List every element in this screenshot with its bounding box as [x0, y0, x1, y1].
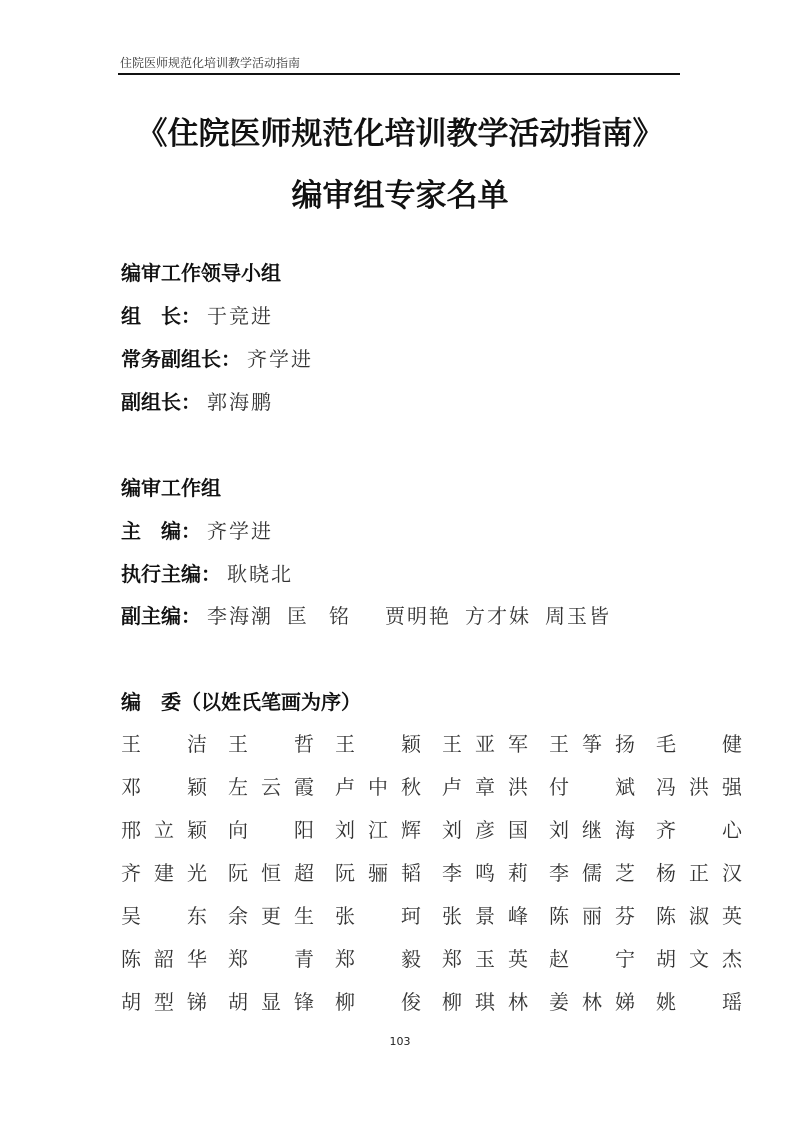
role-line-chief-editor: 主 编： 齐学进	[121, 515, 273, 544]
committee-member-name: 冯洪强	[656, 771, 763, 800]
committee-row: 陈韶华郑青郑毅郑玉英赵宁胡文杰	[121, 943, 763, 972]
deputy-editor-name: 周玉皆	[545, 600, 611, 629]
running-header: 住院医师规范化培训教学活动指南	[120, 54, 300, 71]
committee-member-name: 刘继海	[549, 814, 656, 843]
deputy-editor-list: 李海潮 匡铭 贾明艳 方才妹 周玉皆	[207, 600, 625, 629]
committee-member-name: 王哲	[228, 728, 335, 757]
section-heading-leadership: 编审工作领导小组	[121, 257, 281, 286]
role-value: 郭海鹏	[207, 386, 273, 415]
deputy-editor-name: 方才妹	[465, 600, 531, 629]
role-line-deputy: 副组长： 郭海鹏	[121, 386, 273, 415]
committee-member-name: 王洁	[121, 728, 228, 757]
deputy-editor-name: 贾明艳	[385, 600, 451, 629]
committee-member-name: 柳琪林	[442, 986, 549, 1015]
role-line-leader: 组 长： 于竞进	[121, 300, 273, 329]
committee-member-name: 胡显锋	[228, 986, 335, 1015]
committee-member-name: 齐建光	[121, 857, 228, 886]
role-label: 副组长：	[121, 386, 201, 415]
committee-member-name: 阮骊韬	[335, 857, 442, 886]
role-line-deputy-editors: 副主编： 李海潮 匡铭 贾明艳 方才妹 周玉皆	[121, 600, 625, 629]
section-heading-working-group: 编审工作组	[121, 472, 221, 501]
page-number: 103	[0, 1035, 800, 1048]
committee-member-name: 刘彦国	[442, 814, 549, 843]
committee-member-name: 胡型锑	[121, 986, 228, 1015]
committee-row: 齐建光阮恒超阮骊韬李鸣莉李儒芝杨正汉	[121, 857, 763, 886]
role-label: 执行主编：	[121, 558, 221, 587]
committee-member-name: 刘江辉	[335, 814, 442, 843]
committee-member-name: 郑毅	[335, 943, 442, 972]
committee-member-name: 姚瑶	[656, 986, 763, 1015]
role-value: 于竞进	[207, 300, 273, 329]
committee-member-name: 王亚军	[442, 728, 549, 757]
role-label: 组 长：	[121, 300, 201, 329]
committee-member-name: 李儒芝	[549, 857, 656, 886]
committee-member-name: 齐心	[656, 814, 763, 843]
document-subtitle: 编审组专家名单	[0, 170, 800, 215]
committee-member-name: 向阳	[228, 814, 335, 843]
role-line-executive-editor: 执行主编： 耿晓北	[121, 558, 293, 587]
committee-member-name: 陈韶华	[121, 943, 228, 972]
committee-member-name: 左云霞	[228, 771, 335, 800]
section-heading-committee: 编 委（以姓氏笔画为序）	[121, 686, 361, 715]
committee-member-name: 张珂	[335, 900, 442, 929]
committee-row: 吴东余更生张珂张景峰陈丽芬陈淑英	[121, 900, 763, 929]
committee-member-name: 李鸣莉	[442, 857, 549, 886]
document-title: 《住院医师规范化培训教学活动指南》	[0, 108, 800, 153]
committee-member-name: 邓颖	[121, 771, 228, 800]
committee-member-name: 王筝扬	[549, 728, 656, 757]
committee-member-name: 余更生	[228, 900, 335, 929]
role-value: 耿晓北	[227, 558, 293, 587]
committee-member-name: 陈淑英	[656, 900, 763, 929]
committee-member-name: 姜林娣	[549, 986, 656, 1015]
committee-member-name: 毛健	[656, 728, 763, 757]
role-label: 副主编：	[121, 600, 201, 629]
committee-member-name: 付斌	[549, 771, 656, 800]
committee-row: 胡型锑胡显锋柳俊柳琪林姜林娣姚瑶	[121, 986, 763, 1015]
committee-member-name: 郑青	[228, 943, 335, 972]
role-value: 齐学进	[247, 343, 313, 372]
committee-member-name: 赵宁	[549, 943, 656, 972]
committee-row: 邓颖左云霞卢中秋卢章洪付斌冯洪强	[121, 771, 763, 800]
committee-member-name: 郑玉英	[442, 943, 549, 972]
role-label: 主 编：	[121, 515, 201, 544]
committee-member-name: 卢章洪	[442, 771, 549, 800]
committee-member-name: 邢立颖	[121, 814, 228, 843]
role-line-executive-deputy: 常务副组长： 齐学进	[121, 343, 313, 372]
committee-member-name: 阮恒超	[228, 857, 335, 886]
committee-member-name: 柳俊	[335, 986, 442, 1015]
deputy-editor-name: 李海潮	[207, 600, 273, 629]
header-rule	[118, 73, 680, 75]
committee-row: 王洁王哲王颖王亚军王筝扬毛健	[121, 728, 763, 757]
committee-row: 邢立颖向阳刘江辉刘彦国刘继海齐心	[121, 814, 763, 843]
role-value: 齐学进	[207, 515, 273, 544]
committee-member-name: 胡文杰	[656, 943, 763, 972]
deputy-editor-name: 匡铭	[287, 600, 371, 629]
committee-member-name: 王颖	[335, 728, 442, 757]
committee-member-name: 卢中秋	[335, 771, 442, 800]
committee-member-name: 杨正汉	[656, 857, 763, 886]
committee-member-name: 张景峰	[442, 900, 549, 929]
committee-member-name: 陈丽芬	[549, 900, 656, 929]
committee-member-name: 吴东	[121, 900, 228, 929]
role-label: 常务副组长：	[121, 343, 241, 372]
